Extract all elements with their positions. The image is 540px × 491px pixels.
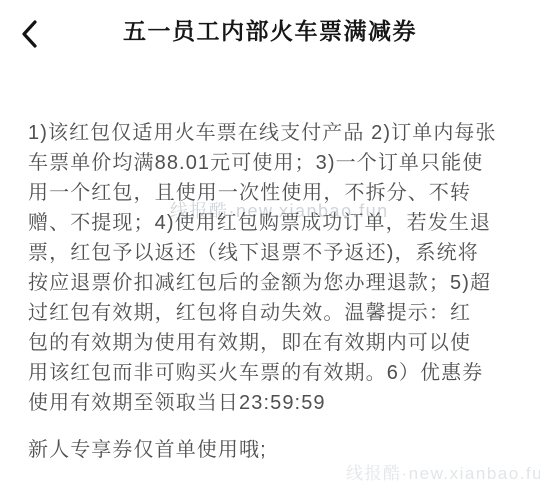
back-button[interactable]	[12, 16, 46, 52]
nav-bar: 五一员工内部火车票满减券	[0, 0, 540, 64]
terms-line: 票，红包予以返还（线下退票不予返还)，系统将	[28, 238, 540, 268]
coupon-terms-page: 五一员工内部火车票满减券 线报酷·new.xianbao.fun 线报酷·new…	[0, 0, 540, 491]
terms-line: 用该红包而非可购买火车票的有效期。6）优惠券	[28, 358, 540, 388]
terms-line: 1)该红包仅适用火车票在线支付产品 2)订单内每张	[28, 118, 540, 148]
page-title: 五一员工内部火车票满减券	[0, 0, 540, 45]
terms-line: 过红包有效期，红包将自动失效。温馨提示：红	[28, 298, 540, 328]
terms-line: 车票单价均满88.01元可使用；3)一个订单只能使	[28, 148, 540, 178]
terms-line: 使用有效期至领取当日23:59:59	[28, 388, 540, 418]
terms-line: 赠、不提现；4)使用红包购票成功订单，若发生退	[28, 208, 540, 238]
chevron-left-icon	[19, 19, 39, 49]
terms-line: 包的有效期为使用有效期，即在有效期内可以使	[28, 328, 540, 358]
terms-line: 用一个红包，且使用一次性使用，不拆分、不转	[28, 178, 540, 208]
terms-line: 按应退票价扣减红包后的金额为您办理退款；5)超	[28, 268, 540, 298]
terms-paragraph: 1)该红包仅适用火车票在线支付产品 2)订单内每张 车票单价均满88.01元可使…	[28, 118, 540, 418]
new-user-note: 新人专享券仅首单使用哦;	[28, 435, 540, 465]
terms-content: 1)该红包仅适用火车票在线支付产品 2)订单内每张 车票单价均满88.01元可使…	[28, 118, 540, 465]
